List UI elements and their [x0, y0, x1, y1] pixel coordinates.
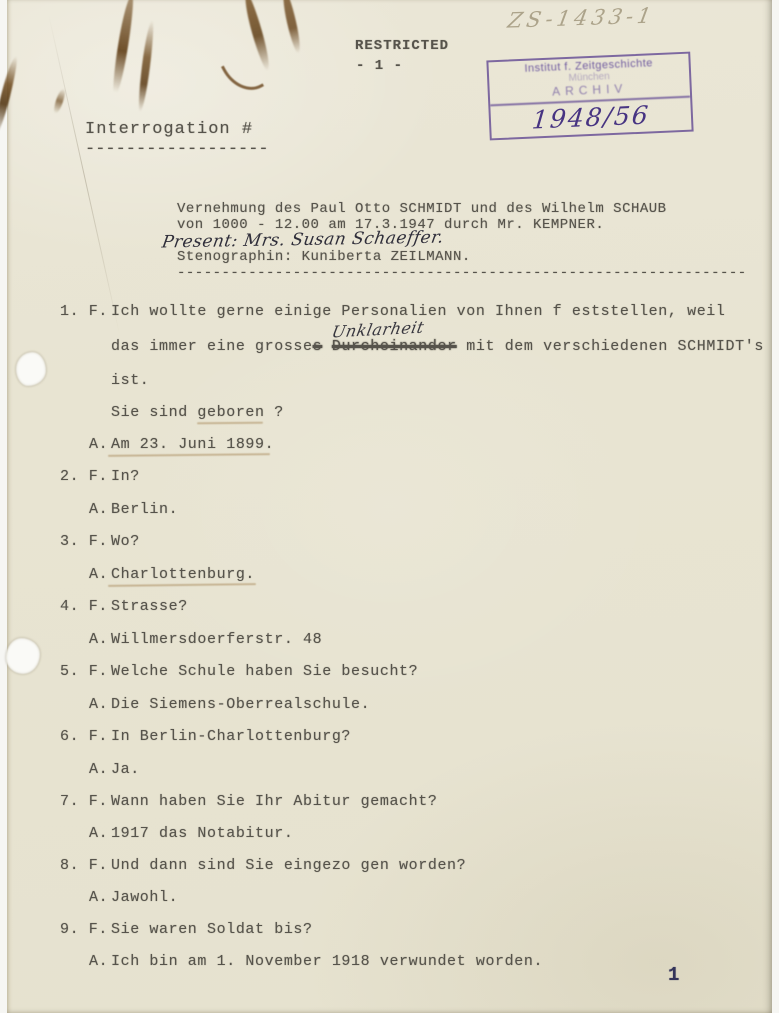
q8-row: 8. F.Und dann sind Sie eingezo gen worde…: [60, 857, 466, 874]
q4-number: 4. F.: [60, 598, 111, 615]
q6-row: 6. F.In Berlin-Charlottenburg?: [60, 728, 351, 745]
a7-row: A.1917 das Notabitur.: [89, 825, 293, 842]
a6-row: A.Ja.: [89, 761, 140, 778]
q5-number: 5. F.: [60, 663, 111, 680]
q7-row: 7. F.Wann haben Sie Ihr Abitur gemacht?: [60, 793, 437, 810]
classification-label: RESTRICTED: [355, 38, 449, 54]
q7-question: Wann haben Sie Ihr Abitur gemacht?: [111, 793, 437, 810]
archive-stamp: Institut f. Zeitgeschichte München ARCHI…: [486, 52, 693, 141]
q6-question: In Berlin-Charlottenburg?: [111, 728, 351, 745]
q1-line2-pre: das immer eine grosse: [111, 338, 313, 355]
q5-question: Welche Schule haben Sie besucht?: [111, 663, 418, 680]
q1-line4: Sie sind geboren ?: [111, 404, 284, 421]
a2-answer: Berlin.: [111, 501, 178, 518]
q1-answer-label: A.: [89, 436, 111, 453]
q1-line2-row: das immer eine grosses Durcheinander mit…: [111, 338, 764, 355]
q1-struck-char: s: [313, 338, 323, 355]
a2-row: A.Berlin.: [89, 501, 178, 518]
a9-row: A.Ich bin am 1. November 1918 verwundet …: [89, 953, 543, 970]
q1-answer: Am 23. Juni 1899.: [111, 436, 274, 453]
a9-answer: Ich bin am 1. November 1918 verwundet wo…: [111, 953, 543, 970]
a6-label: A.: [89, 761, 111, 778]
q1-line1-row: 1. F.Ich wollte gerne einige Personalien…: [60, 303, 726, 320]
a8-row: A.Jawohl.: [89, 889, 178, 906]
q1-number: 1. F.: [60, 303, 111, 320]
a5-answer: Die Siemens-Oberrealschule.: [111, 696, 370, 713]
title-underline: ---------------------: [85, 140, 269, 159]
scanned-document: ZS-1433-1 RESTRICTED - 1 - Institut f. Z…: [0, 0, 779, 1013]
q6-number: 6. F.: [60, 728, 111, 745]
q2-number: 2. F.: [60, 468, 111, 485]
q2-question: In?: [111, 468, 140, 485]
q7-number: 7. F.: [60, 793, 111, 810]
q4-question: Strasse?: [111, 598, 188, 615]
q1-line3: ist.: [111, 372, 149, 389]
a4-answer: Willmersdoerferstr. 48: [111, 631, 322, 648]
q1-struck-word: Durcheinander: [332, 338, 457, 355]
q3-number: 3. F.: [60, 533, 111, 550]
q1-line2-post: mit dem verschiedenen SCHMIDT's: [457, 338, 764, 355]
a3-answer: Charlottenburg.: [111, 566, 255, 583]
q1-answer-row: A.Am 23. Juni 1899.: [89, 436, 274, 453]
q2-row: 2. F.In?: [60, 468, 140, 485]
q8-question: Und dann sind Sie eingezo gen worden?: [111, 857, 466, 874]
q9-number: 9. F.: [60, 921, 111, 938]
stenographer-line: Stenographin: Kuniberta ZEILMANN.: [177, 249, 471, 265]
a4-label: A.: [89, 631, 111, 648]
a3-label: A.: [89, 566, 111, 583]
page-number-header: - 1 -: [356, 58, 403, 74]
session-title-line1: Vernehmung des Paul Otto SCHMIDT und des…: [177, 201, 667, 217]
q5-row: 5. F.Welche Schule haben Sie besucht?: [60, 663, 418, 680]
document-title: Interrogation #: [85, 120, 253, 139]
page-number-footer: 1: [668, 964, 679, 986]
q3-row: 3. F.Wo?: [60, 533, 140, 550]
a7-answer: 1917 das Notabitur.: [111, 825, 293, 842]
q9-row: 9. F.Sie waren Soldat bis?: [60, 921, 313, 938]
a7-label: A.: [89, 825, 111, 842]
a5-row: A.Die Siemens-Oberrealschule.: [89, 696, 370, 713]
a6-answer: Ja.: [111, 761, 140, 778]
a3-row: A.Charlottenburg.: [89, 566, 255, 583]
a8-label: A.: [89, 889, 111, 906]
a4-row: A.Willmersdoerferstr. 48: [89, 631, 322, 648]
a2-label: A.: [89, 501, 111, 518]
q9-question: Sie waren Soldat bis?: [111, 921, 313, 938]
q3-question: Wo?: [111, 533, 140, 550]
header-separator: ----------------------------------------…: [177, 265, 752, 281]
a9-label: A.: [89, 953, 111, 970]
q8-number: 8. F.: [60, 857, 111, 874]
a5-label: A.: [89, 696, 111, 713]
q4-row: 4. F.Strasse?: [60, 598, 188, 615]
a8-answer: Jawohl.: [111, 889, 178, 906]
